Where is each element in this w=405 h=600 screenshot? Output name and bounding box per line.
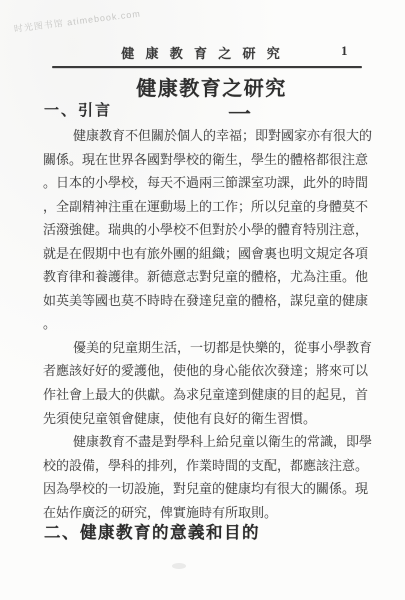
body-line: 就是在假期中也有旅外團的組織；國會裏也明文規定各項 [43, 242, 378, 266]
body-line: ，全副精神注重在運動場上的工作；所以兒童的身體莫不 [43, 195, 378, 219]
document-title: 健康教育之研究 [9, 72, 405, 101]
body-line: 。日本的小學校，每天不過兩三節課室功課，此外的時間 [43, 171, 378, 195]
section-heading-introduction: 一、引言 [44, 99, 112, 120]
library-watermark: 时光图书馆 atimebook.com [13, 7, 141, 35]
scan-artifact [172, 563, 186, 569]
section-heading-meaning-purpose: 二、健康教育的意義和目的 [44, 519, 260, 543]
body-line: 校的設備，學科的排列，作業時間的支配，都應該注意。 [43, 454, 378, 478]
body-line: 先須使兒童領會健康，使他有良好的衛生習慣。 [43, 407, 378, 431]
body-text: 健康教育不但關於個人的幸福；即對國家亦有很大的 關係。現在世界各國對學校的衛生，… [43, 124, 378, 524]
header-rule [52, 66, 362, 68]
body-line: 者應該好好的愛護他，使他的身心能依次發達；將來可以 [43, 359, 378, 383]
body-line: 教育律和養護律。新德意志對兒童的體格，尤為注重。他 [43, 265, 378, 289]
body-line: 因為學校的一切設施，對兒童的健康均有很大的關係。現 [43, 477, 378, 501]
body-line: 如英美等國也莫不時時在發達兒童的體格，謀兒童的健康 [43, 289, 378, 313]
body-line: 關係。現在世界各國對學校的衛生，學生的體格都很注意 [43, 148, 378, 172]
body-line: 健康教育不盡是對學科上給兒童以衛生的常識，即學 [43, 430, 378, 454]
scanned-book-page: 时光图书馆 atimebook.com 健 康 教 育 之 研 究 1 健康教育… [0, 0, 405, 600]
body-line: 優美的兒童期生活，一切都是快樂的，從事小學教育 [43, 336, 378, 360]
body-line: 健康教育不但關於個人的幸福；即對國家亦有很大的 [43, 124, 378, 148]
body-line: 。 [43, 312, 378, 336]
body-line: 活潑強健。瑞典的小學校不但對於小學的體育特別注意， [43, 218, 378, 242]
body-line: 作社會上最大的供獻。為求兒童達到健康的目的起見，首 [43, 383, 378, 407]
page-number: 1 [341, 43, 348, 59]
